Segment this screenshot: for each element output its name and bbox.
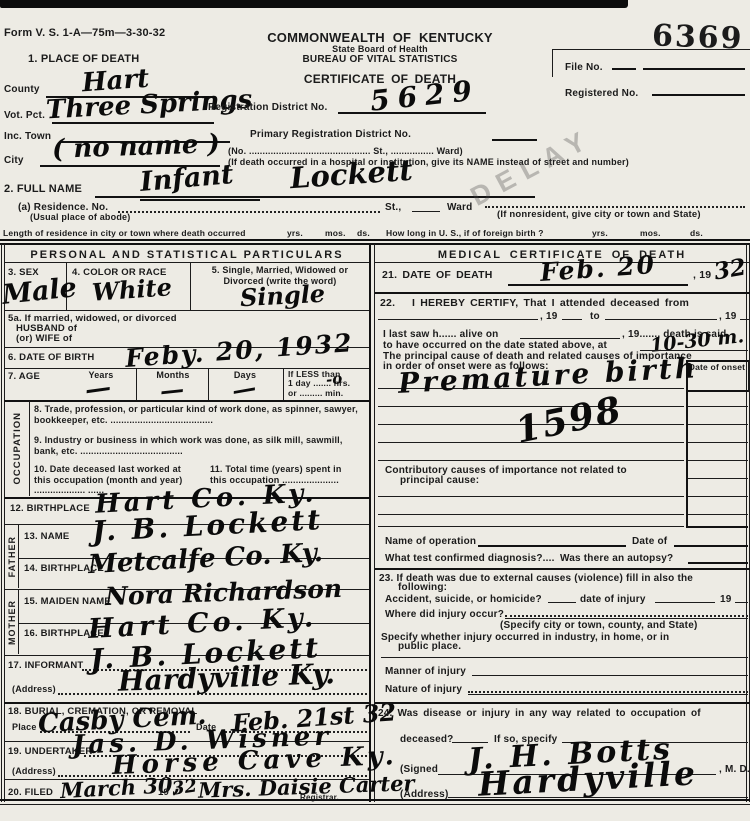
onset-left-rule	[686, 388, 688, 528]
occupation-cell: OCCUPATION	[5, 401, 30, 496]
place-of-death-title: 1. PLACE OF DEATH	[28, 53, 139, 66]
us-yrs: yrs.	[592, 228, 608, 238]
onset-bottom-rule	[686, 526, 748, 528]
right-edge-rule	[746, 244, 747, 802]
residence-line	[118, 211, 380, 213]
death-certificate-document: Form V. S. 1-A—75m—3-30-32 COMMONWEALTH …	[0, 0, 750, 821]
father-name-label: 13. NAME	[24, 531, 69, 542]
bottom-rule-1	[0, 799, 750, 801]
st-label: St.,	[385, 202, 401, 214]
filed-label: 20. FILED	[8, 787, 53, 798]
certify-to: to	[590, 311, 600, 323]
scan-edge-strip	[0, 0, 628, 8]
left-column-title: PERSONAL AND STATISTICAL PARTICULARS	[6, 249, 368, 262]
accident-label: Accident, suicide, or homicide?	[385, 594, 542, 606]
autopsy-label: Was there an autopsy?	[560, 553, 673, 565]
color-race-handwritten: White	[91, 275, 172, 305]
mother-cell: MOTHER	[5, 590, 19, 654]
file-box-left-rule	[552, 49, 553, 77]
ward-line	[485, 206, 745, 208]
father-vertical-label: FATHER	[7, 536, 17, 577]
file-box-top-rule	[552, 49, 750, 50]
left-edge-rule	[1, 244, 2, 802]
physician-address-handwritten: Hardyville	[477, 756, 698, 800]
autopsy-line	[688, 562, 748, 564]
operation-date-line	[674, 545, 748, 547]
operation-line	[478, 545, 626, 547]
deceased-label: deceased?	[400, 734, 454, 746]
inc-town-label: Inc. Town	[4, 131, 51, 143]
row23-rule	[375, 702, 750, 704]
registrar-handwritten: Mrs. Daisie Carter	[198, 772, 415, 801]
race-cell-divider	[190, 262, 191, 310]
onset-line-1	[688, 406, 748, 407]
us-mos: mos.	[640, 228, 661, 238]
injury-date-line	[655, 602, 715, 603]
where-injury-line	[505, 618, 748, 619]
injury-date-label: date of injury	[580, 594, 646, 606]
sex-handwritten: Male	[1, 274, 78, 309]
row22-rule	[375, 568, 750, 570]
date-of-death-year-handwritten: 32	[712, 255, 748, 283]
ward-pre-line	[412, 211, 440, 212]
accident-line	[548, 602, 576, 603]
residence-sub-label: (Usual place of abode)	[30, 212, 130, 223]
father-cell: FATHER	[5, 525, 19, 588]
where-injury-dots	[505, 615, 748, 617]
date-of-death-19: , 19	[693, 269, 711, 281]
certify-from-line	[378, 319, 538, 320]
date-of-death-handwritten: Feb. 20	[539, 252, 656, 285]
age-hours-handwritten: -o	[325, 371, 343, 388]
filed-19-printed: 19	[158, 787, 169, 798]
onset-line-5	[688, 478, 748, 479]
file-no-line	[612, 68, 636, 70]
operation-label: Name of operation	[385, 536, 476, 548]
age-less-line3: or ......... min.	[288, 388, 343, 398]
city-handwritten: ( no name )	[52, 131, 221, 163]
manner-of-injury-label: Manner of injury	[385, 666, 466, 678]
onset-line-4	[688, 460, 748, 461]
how-long-us-label: How long in U. S., if of foreign birth ?	[386, 228, 544, 238]
length-yrs: yrs.	[287, 228, 303, 238]
vot-pct-label: Vot. Pct.	[4, 110, 45, 122]
file-no-line2	[643, 68, 745, 70]
city-label: City	[4, 155, 24, 167]
birthplace-label: 12. BIRTHPLACE	[10, 503, 90, 514]
date-of-birth-handwritten: Feby. 20, 1932	[124, 330, 354, 371]
primary-registration-label: Primary Registration District No.	[250, 129, 411, 141]
city-hint-street: (No. ...................................…	[228, 146, 463, 157]
length-mos: mos.	[325, 228, 346, 238]
date-of-death-line	[508, 284, 688, 286]
left-title-rule	[4, 262, 369, 263]
item23-text2: following:	[398, 582, 447, 594]
certificate-number-stamp: 6369	[651, 18, 744, 57]
ward-label: Ward	[447, 202, 472, 214]
informant-address-label: (Address)	[12, 684, 56, 695]
manner-line	[472, 675, 748, 676]
filed-year-handwritten: 32	[171, 777, 198, 798]
certify-to-line	[605, 319, 717, 320]
certify-number: 22.	[380, 297, 395, 309]
cause-line-5	[378, 460, 684, 461]
row3-rule	[4, 310, 369, 311]
full-name-line2	[140, 199, 260, 201]
us-ds: ds.	[690, 228, 703, 238]
onset-line-7	[688, 514, 748, 515]
full-name-first-handwritten: Infant	[139, 161, 234, 196]
occupation-industry-label: 9. Industry or business in which work wa…	[34, 435, 366, 456]
contributory-line-3	[378, 526, 684, 527]
section-rule-2	[0, 243, 750, 245]
nature-of-injury-label: Nature of injury	[385, 684, 462, 696]
certify-19b: , 19	[719, 311, 736, 323]
county-label: County	[4, 84, 40, 96]
where-injury-label: Where did injury occur?	[385, 609, 504, 621]
occupation-vertical-label: OCCUPATION	[12, 412, 23, 484]
injury-extra-line	[381, 657, 748, 658]
contributory-line-2	[378, 514, 684, 515]
certify-text: I HEREBY CERTIFY, That I attended deceas…	[412, 297, 689, 309]
injury-19: 19	[720, 594, 732, 606]
burial-place-label: Place	[12, 722, 37, 733]
age-div-2	[208, 368, 209, 400]
header-bureau: BUREAU OF VITAL STATISTICS	[240, 54, 520, 66]
age-days-handwritten: —	[230, 375, 258, 403]
informant-address-handwritten: Hardyville Ky.	[118, 660, 336, 696]
specify-text2: public place.	[398, 641, 461, 653]
last-saw-line	[520, 338, 620, 339]
certify-19b-line	[740, 319, 749, 320]
informant-label: 17. INFORMANT	[8, 660, 83, 671]
left-edge-rule2	[4, 244, 5, 802]
test-label: What test confirmed diagnosis?....	[385, 553, 555, 565]
section-rule-1	[0, 239, 750, 241]
item5a-wife: (or) WIFE of	[16, 333, 72, 344]
contributory-line-1	[378, 496, 684, 497]
primary-registration-line	[492, 139, 537, 141]
age-div-1	[136, 368, 137, 400]
registered-no-label: Registered No.	[565, 88, 638, 100]
certify-19a: , 19	[540, 311, 557, 323]
bottom-rule-2	[0, 804, 750, 805]
certify-19a-line	[562, 319, 582, 320]
marital-handwritten: Single	[239, 282, 325, 310]
undertaker-address-label: (Address)	[12, 766, 56, 777]
length-residence-label: Length of residence in city or town wher…	[3, 228, 246, 238]
item24-text: 24. Was disease or injury in any way rel…	[378, 708, 701, 720]
cause-code-handwritten: 1598	[512, 391, 625, 449]
form-number: Form V. S. 1-A—75m—3-30-32	[4, 27, 165, 40]
registered-no-line	[652, 94, 745, 96]
onset-line-6	[688, 496, 748, 497]
nonresident-hint: (If nonresident, give city or town and S…	[497, 209, 701, 220]
mother-maiden-label: 15. MAIDEN NAME	[24, 596, 111, 607]
md-label: , M. D.	[719, 764, 750, 776]
date-of-death-label: 21. DATE OF DEATH	[382, 269, 493, 281]
age-div-3	[283, 368, 284, 400]
full-name-last-handwritten: Lockett	[289, 156, 413, 193]
registration-district-handwritten: 5629	[369, 76, 481, 115]
onset-line-3	[688, 442, 748, 443]
row7-rule	[4, 400, 369, 402]
mother-vertical-label: MOTHER	[7, 600, 17, 645]
nature-line	[468, 694, 748, 695]
injury-19-line	[735, 602, 748, 603]
where-injury-hint: (Specify city or town, county, and State…	[500, 620, 697, 632]
date-of-birth-label: 6. DATE OF BIRTH	[8, 352, 94, 363]
registration-district-label: Registration District No.	[208, 102, 327, 114]
row21-rule	[375, 292, 750, 294]
age-label: 7. AGE	[8, 371, 40, 382]
occupation-trade-label: 8. Trade, profession, or particular kind…	[34, 404, 366, 425]
length-ds: ds.	[357, 228, 370, 238]
onset-line-2	[688, 424, 748, 425]
file-no-label: File No.	[565, 62, 603, 74]
contributory-text2: principal cause:	[400, 475, 479, 487]
nature-dots	[468, 691, 748, 693]
operation-date-label: Date of	[632, 536, 667, 548]
full-name-label: 2. FULL NAME	[4, 183, 82, 196]
